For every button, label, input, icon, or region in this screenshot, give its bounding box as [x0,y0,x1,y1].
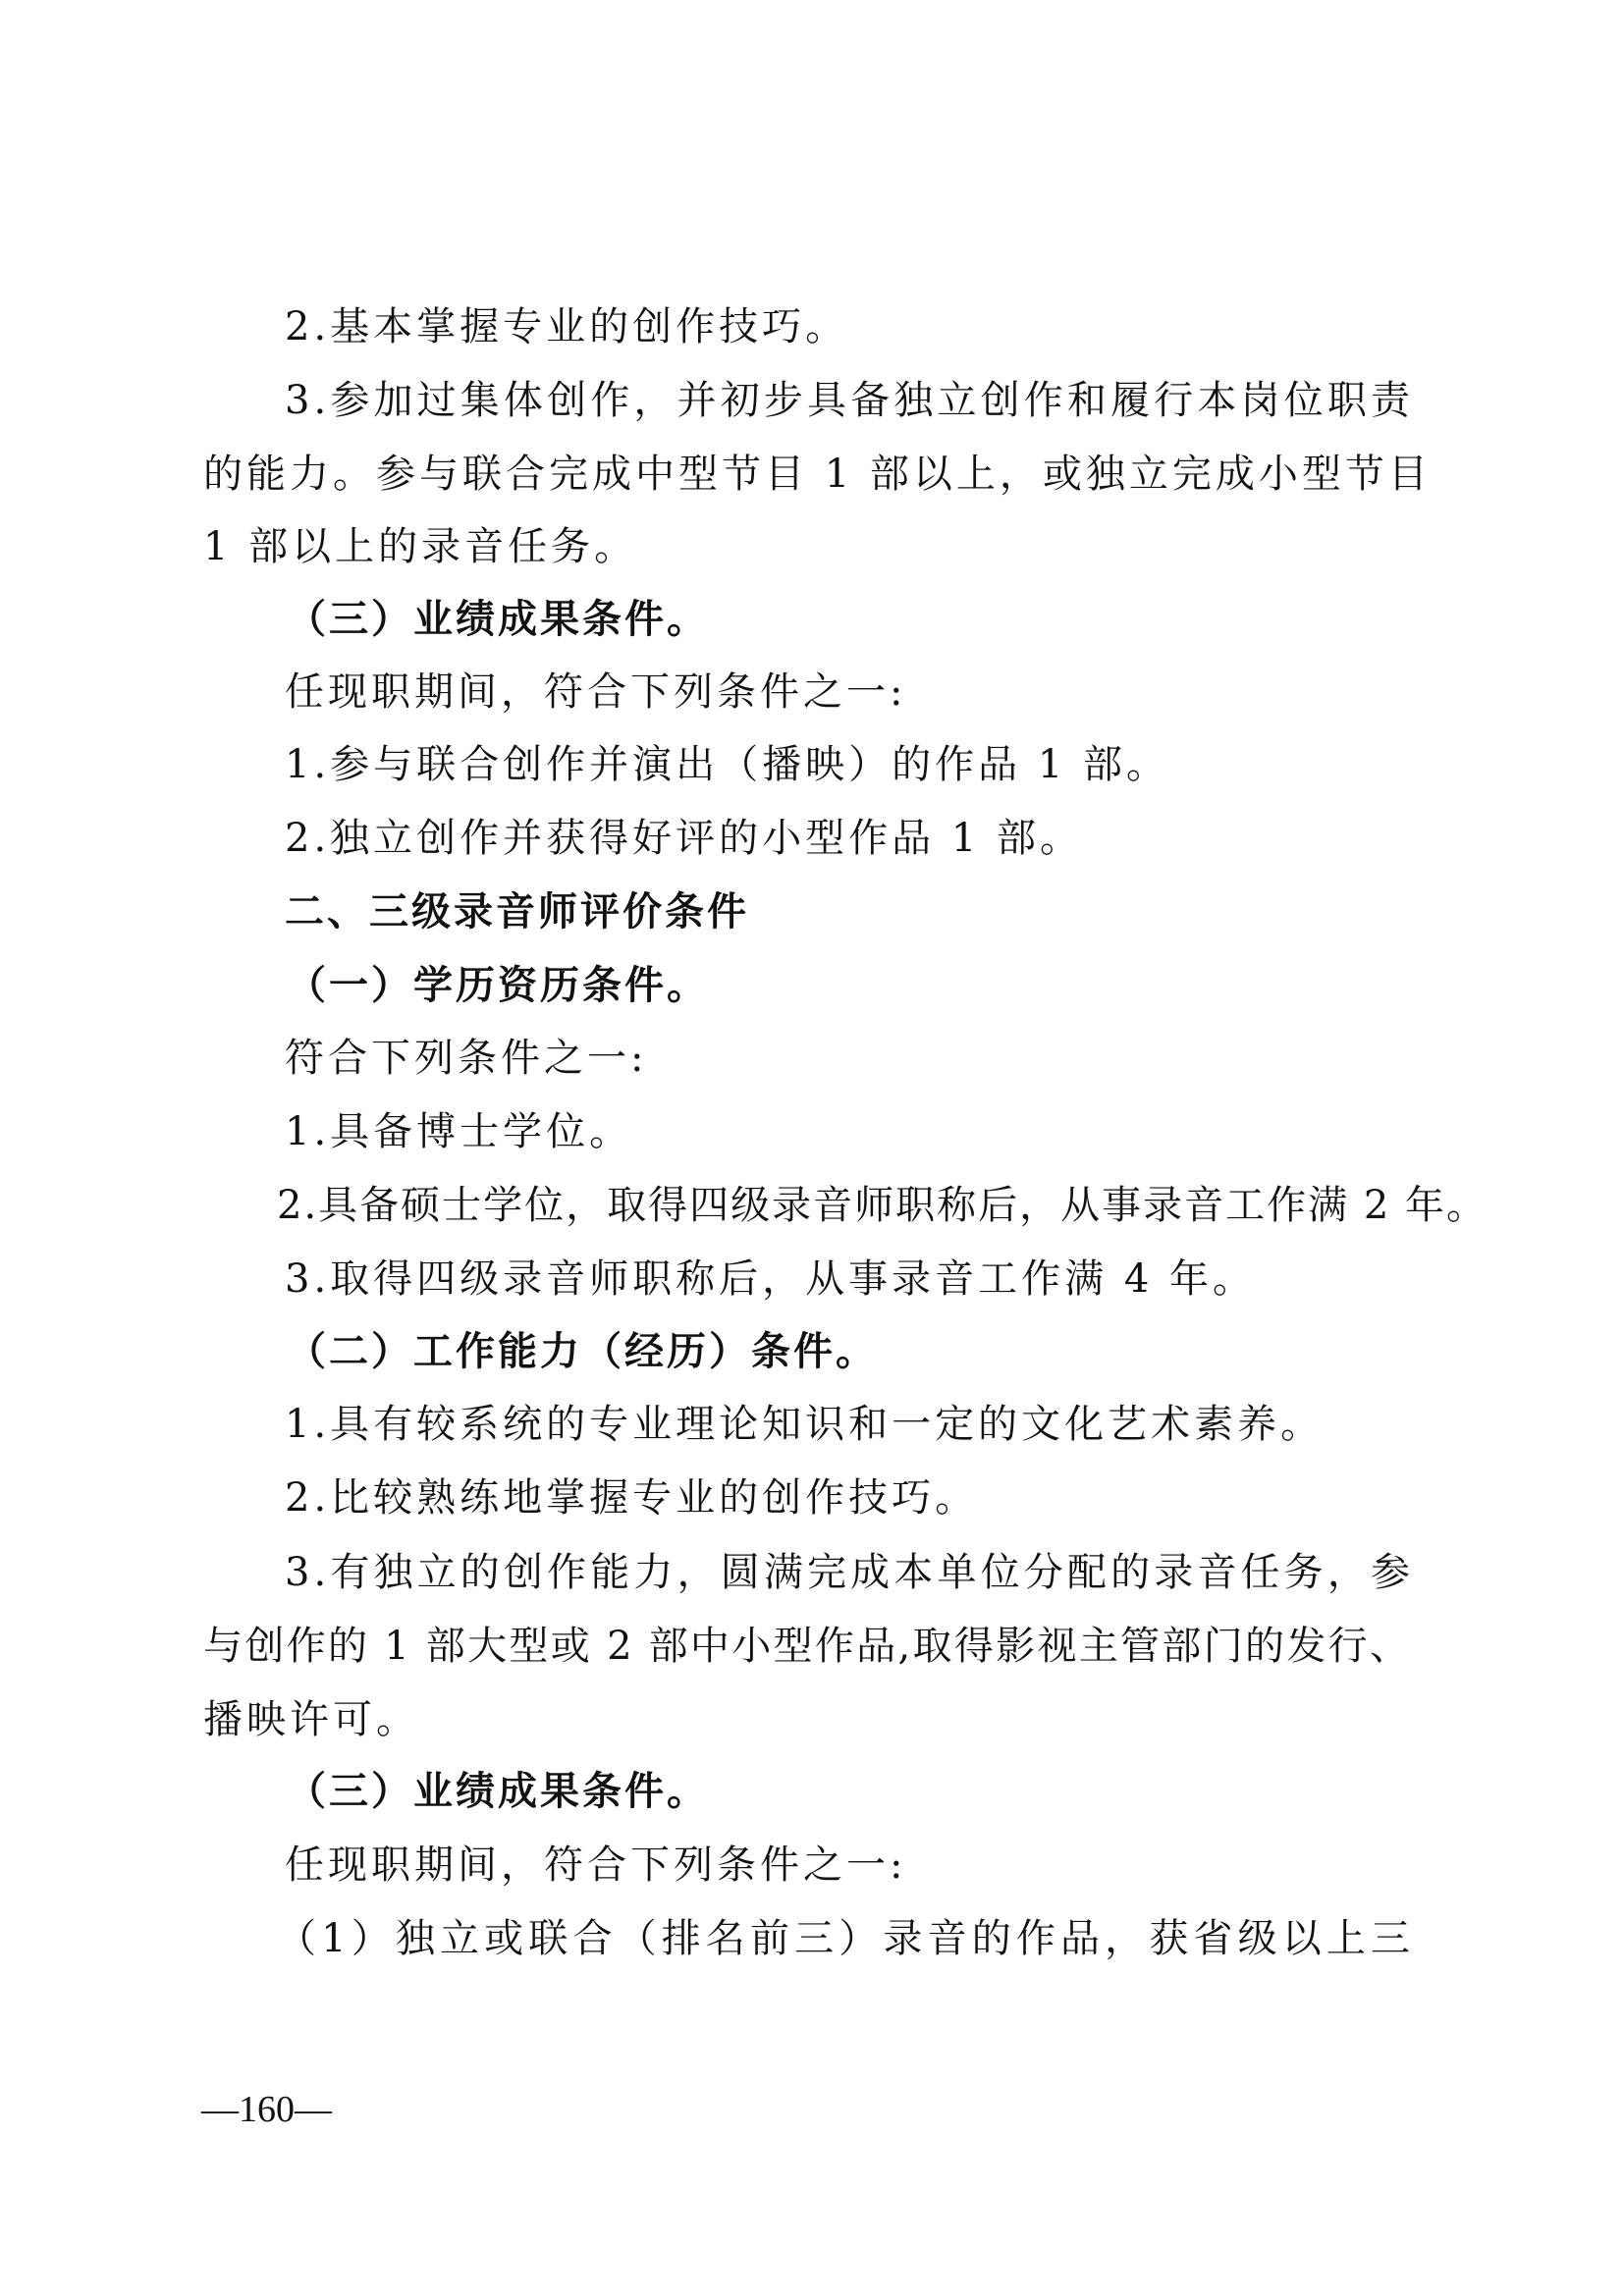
list-item: 2.独立创作并获得好评的小型作品 1 部。 [285,802,1414,875]
text-line: 符合下列条件之一: [285,1022,1414,1095]
section-subheading: （三）业绩成果条件。 [287,1755,1494,1828]
text-line: 播映许可。 [203,1683,1411,1756]
list-item: 3.取得四级录音师职称后，从事录音工作满 4 年。 [285,1243,1414,1315]
section-subheading: （二）工作能力（经历）条件。 [287,1315,1494,1388]
list-item: 2.比较熟练地掌握专业的创作技巧。 [285,1462,1414,1534]
list-item: 1.参与联合创作并演出（播映）的作品 1 部。 [285,728,1414,801]
text-line: 与创作的 1 部大型或 2 部中小型作品,取得影视主管部门的发行、 [203,1610,1411,1682]
text-line: 任现职期间，符合下列条件之一: [285,1829,1414,1901]
list-item: （1）独立或联合（排名前三）录音的作品，获省级以上三 [277,1902,1414,1975]
list-item: 1.具有较系统的专业理论知识和一定的文化艺术素养。 [285,1388,1414,1461]
page-number: —160— [201,2083,332,2136]
list-item: 2.具备硕士学位，取得四级录音师职称后，从事录音工作满 2 年。 [277,1169,1406,1242]
list-item: 3.有独立的创作能力，圆满完成本单位分配的录音任务，参 [285,1536,1414,1609]
text-line: 2.基本掌握专业的创作技巧。 [285,291,1414,363]
text-line: 的能力。参与联合完成中型节目 1 部以上，或独立完成小型节目 [203,438,1411,510]
text-line: 任现职期间，符合下列条件之一: [285,656,1414,728]
text-line: 3.参加过集体创作，并初步具备独立创作和履行本岗位职责 [285,364,1414,437]
section-heading: 二、三级录音师评价条件 [285,876,1414,948]
list-item: 1.具备博士学位。 [285,1095,1414,1168]
document-page: 2.基本掌握专业的创作技巧。 3.参加过集体创作，并初步具备独立创作和履行本岗位… [0,0,1623,2296]
section-subheading: （一）学历资历条件。 [287,949,1494,1022]
text-line: 1 部以上的录音任务。 [203,510,1411,583]
section-subheading: （三）业绩成果条件。 [287,583,1494,656]
